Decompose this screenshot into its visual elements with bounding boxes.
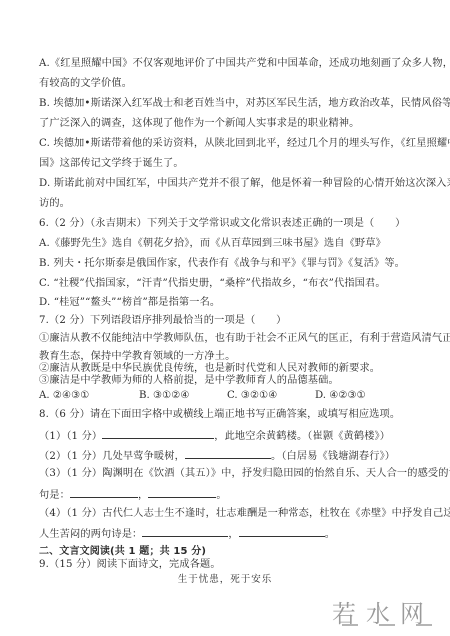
q6-option-a: A.《藤野先生》选自《朝花夕拾》，而《从百草园到三味书屋》选自《野草》 <box>39 237 414 251</box>
watermark-logo: 若水网 <box>320 594 445 634</box>
q8-part-3-end: 。 <box>216 490 226 501</box>
q8-part-3-blank-1[interactable] <box>70 487 138 498</box>
passage-title: 生于忧患，死于安乐 <box>0 571 450 585</box>
q8-part-3-mid: ， <box>138 490 148 501</box>
q8-part-4-line1: （4）（1 分）古代仁人志士生不逢时，壮志难酬是一种常态，杜牧在《赤壁》中抒发自… <box>39 507 414 521</box>
section-2-title: 二、文言文阅读(共 1 题；共 15 分) <box>39 545 414 559</box>
q5-option-c-line1: C. 埃德加•斯诺带着他的采访资料，从陕北回到北平，经过几个月的埋头写作，《红星… <box>39 137 414 151</box>
q8-part-1-blank[interactable] <box>102 428 214 439</box>
q5-option-a-line2: 有较高的文学价值。 <box>39 77 414 91</box>
q8-part-2-suffix: 。（白居易《钱塘湖春行》） <box>271 451 395 462</box>
q8-part-3-prefix: 句是： <box>39 490 70 501</box>
q5-option-b-line1: B. 埃德加•斯诺深入红军战士和老百姓当中，对苏区军民生活，地方政治改革，民情风… <box>39 97 414 111</box>
q8-part-4-mid: ， <box>228 529 238 540</box>
q6-option-d: D. “桂冠”“鳌头”“榜首”都是指第一名。 <box>39 296 414 310</box>
q7-option-d: D. ④②③① <box>315 389 366 403</box>
q7-option-c: C. ③②①④ <box>227 389 277 403</box>
q8-part-4-blank-1[interactable] <box>142 526 228 537</box>
q7-sentence-3: ③廉洁是中学教师为师的人格前提，是中学教师育人的品德基础。 <box>39 374 414 388</box>
q8-part-4-blank-2[interactable] <box>239 526 325 537</box>
q5-option-d-line1: D. 斯诺此前对中国红军，中国共产党并不很了解，他是怀着一种冒险的心情开始这次深… <box>39 177 414 191</box>
q8-part-3-line1: （3）（1 分）陶渊明在《饮酒（其五）》中，抒发归隐田园的怡然自乐、天人合一的感… <box>39 467 414 481</box>
q5-option-a-line1: A.《红星照耀中国》不仅客观地评价了中国共产党和中国革命，还成功地刻画了众多人物… <box>39 57 414 71</box>
q8-part-1: （1）（1 分），此地空余黄鹤楼。（崔颢《黄鹤楼》） <box>39 428 414 444</box>
q8-part-1-suffix: ，此地空余黄鹤楼。（崔颢《黄鹤楼》） <box>214 431 390 442</box>
q9-stem: 9.（15 分）阅读下面诗文，完成各题。 <box>39 558 414 572</box>
q8-part-3-blank-2[interactable] <box>148 487 216 498</box>
q8-part-4-line2: 人生苦闷的两句诗是：，。 <box>39 526 414 542</box>
exam-page: A.《红星照耀中国》不仅客观地评价了中国共产党和中国革命，还成功地刻画了众多人物… <box>0 0 450 636</box>
q8-stem: 8.（6 分）请在下面田字格中或横线上端正地书写正确答案，或填写相应选项。 <box>39 408 414 422</box>
q6-option-c: C. “社稷”代指国家，“汗青”代指史册，“桑梓”代指故乡，“布衣”代指国君。 <box>39 277 414 291</box>
q7-option-b: B. ③①②④ <box>139 389 190 403</box>
q8-part-2-prefix: （2）（1 分）几处早莺争暖树， <box>39 451 185 462</box>
q8-part-3-line2: 句是：，。 <box>39 487 414 503</box>
q7-sentence-1-line1: ①廉洁从教不仅能纯洁中学教师队伍，也有助于社会不正风气的匡正，有利于营造风清气正… <box>39 332 414 346</box>
watermark-underline-icon <box>342 624 432 626</box>
q6-stem: 6.（2 分）（永吉期末）下列关于文学常识或文化常识表述正确的一项是（ ） <box>39 217 414 231</box>
q7-option-a: A. ②④③① <box>39 389 89 403</box>
q8-part-4-end: 。 <box>325 529 335 540</box>
q8-part-2: （2）（1 分）几处早莺争暖树，。（白居易《钱塘湖春行》） <box>39 448 414 464</box>
q8-part-2-blank[interactable] <box>185 448 271 459</box>
q5-option-b-line2: 了广泛深入的调查，这体现了他作为一个新闻人实事求是的职业精神。 <box>39 117 414 131</box>
q5-option-c-line2: 国》这部传记文学终于诞生了。 <box>39 157 414 171</box>
q7-stem: 7.（2 分）下列语段语序排列最恰当的一项是（ ） <box>39 314 414 328</box>
q8-part-1-prefix: （1）（1 分） <box>39 431 102 442</box>
q6-option-b: B. 列夫・托尔斯泰是俄国作家，代表作有《战争与和平》《罪与罚》《复活》等。 <box>39 257 414 271</box>
q5-option-d-line2: 访的。 <box>39 197 414 211</box>
q8-part-4-prefix: 人生苦闷的两句诗是： <box>39 529 142 540</box>
